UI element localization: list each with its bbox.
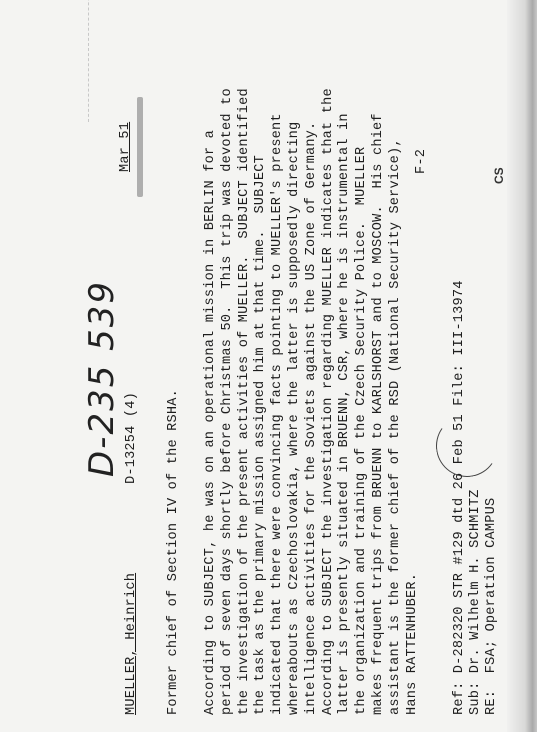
body-line: Hans RATTENHUBER. xyxy=(405,573,421,715)
file-reference: D-13254 (4) xyxy=(124,392,140,484)
re-line: RE: FSA; Operation CAMPUS xyxy=(484,498,500,715)
body-line: intelligence activities for the Soviets … xyxy=(304,122,320,715)
body-line: the task as the primary mission assigned… xyxy=(253,155,269,715)
body-line: whereabouts as Czechoslovakia, where the… xyxy=(287,122,303,715)
handwritten-document-number: D-235 539 xyxy=(82,280,122,477)
evaluation-code: F-2 xyxy=(414,149,430,174)
cs-stamp: CS xyxy=(492,167,506,184)
subject-name: MUELLER, Heinrich xyxy=(124,573,140,715)
body-line: According to SUBJECT the investigation r… xyxy=(321,88,337,715)
body-line: assistant is the former chief of the RSD… xyxy=(388,138,404,715)
body-line: the investigation of the present activit… xyxy=(237,88,253,715)
body-line: the organization and training of the Cze… xyxy=(354,147,370,715)
document-page: MUELLER, Heinrich D-235 539 D-13254 (4) … xyxy=(0,0,537,732)
body-line: According to SUBJECT, he was on an opera… xyxy=(203,130,219,715)
body-line: period of seven days shortly before Chri… xyxy=(220,88,236,715)
subject-title: Former chief of Section IV of the RSHA. xyxy=(166,389,182,715)
redaction-marker xyxy=(137,97,143,197)
fold-line xyxy=(88,0,89,122)
body-line: makes frequent trips from BRUENN to KARL… xyxy=(371,113,387,715)
body-line: indicated that there were convincing fac… xyxy=(270,113,286,715)
report-date: Mar 51 xyxy=(118,122,134,172)
body-line: latter is presently situated in BRUENN, … xyxy=(337,113,353,715)
sub-line: Sub: Dr. Wilhelm H. SCHMITZ xyxy=(468,489,484,715)
ref-line: Ref: D-282320 STR #129 dtd 26 Feb 51 Fil… xyxy=(452,280,468,715)
